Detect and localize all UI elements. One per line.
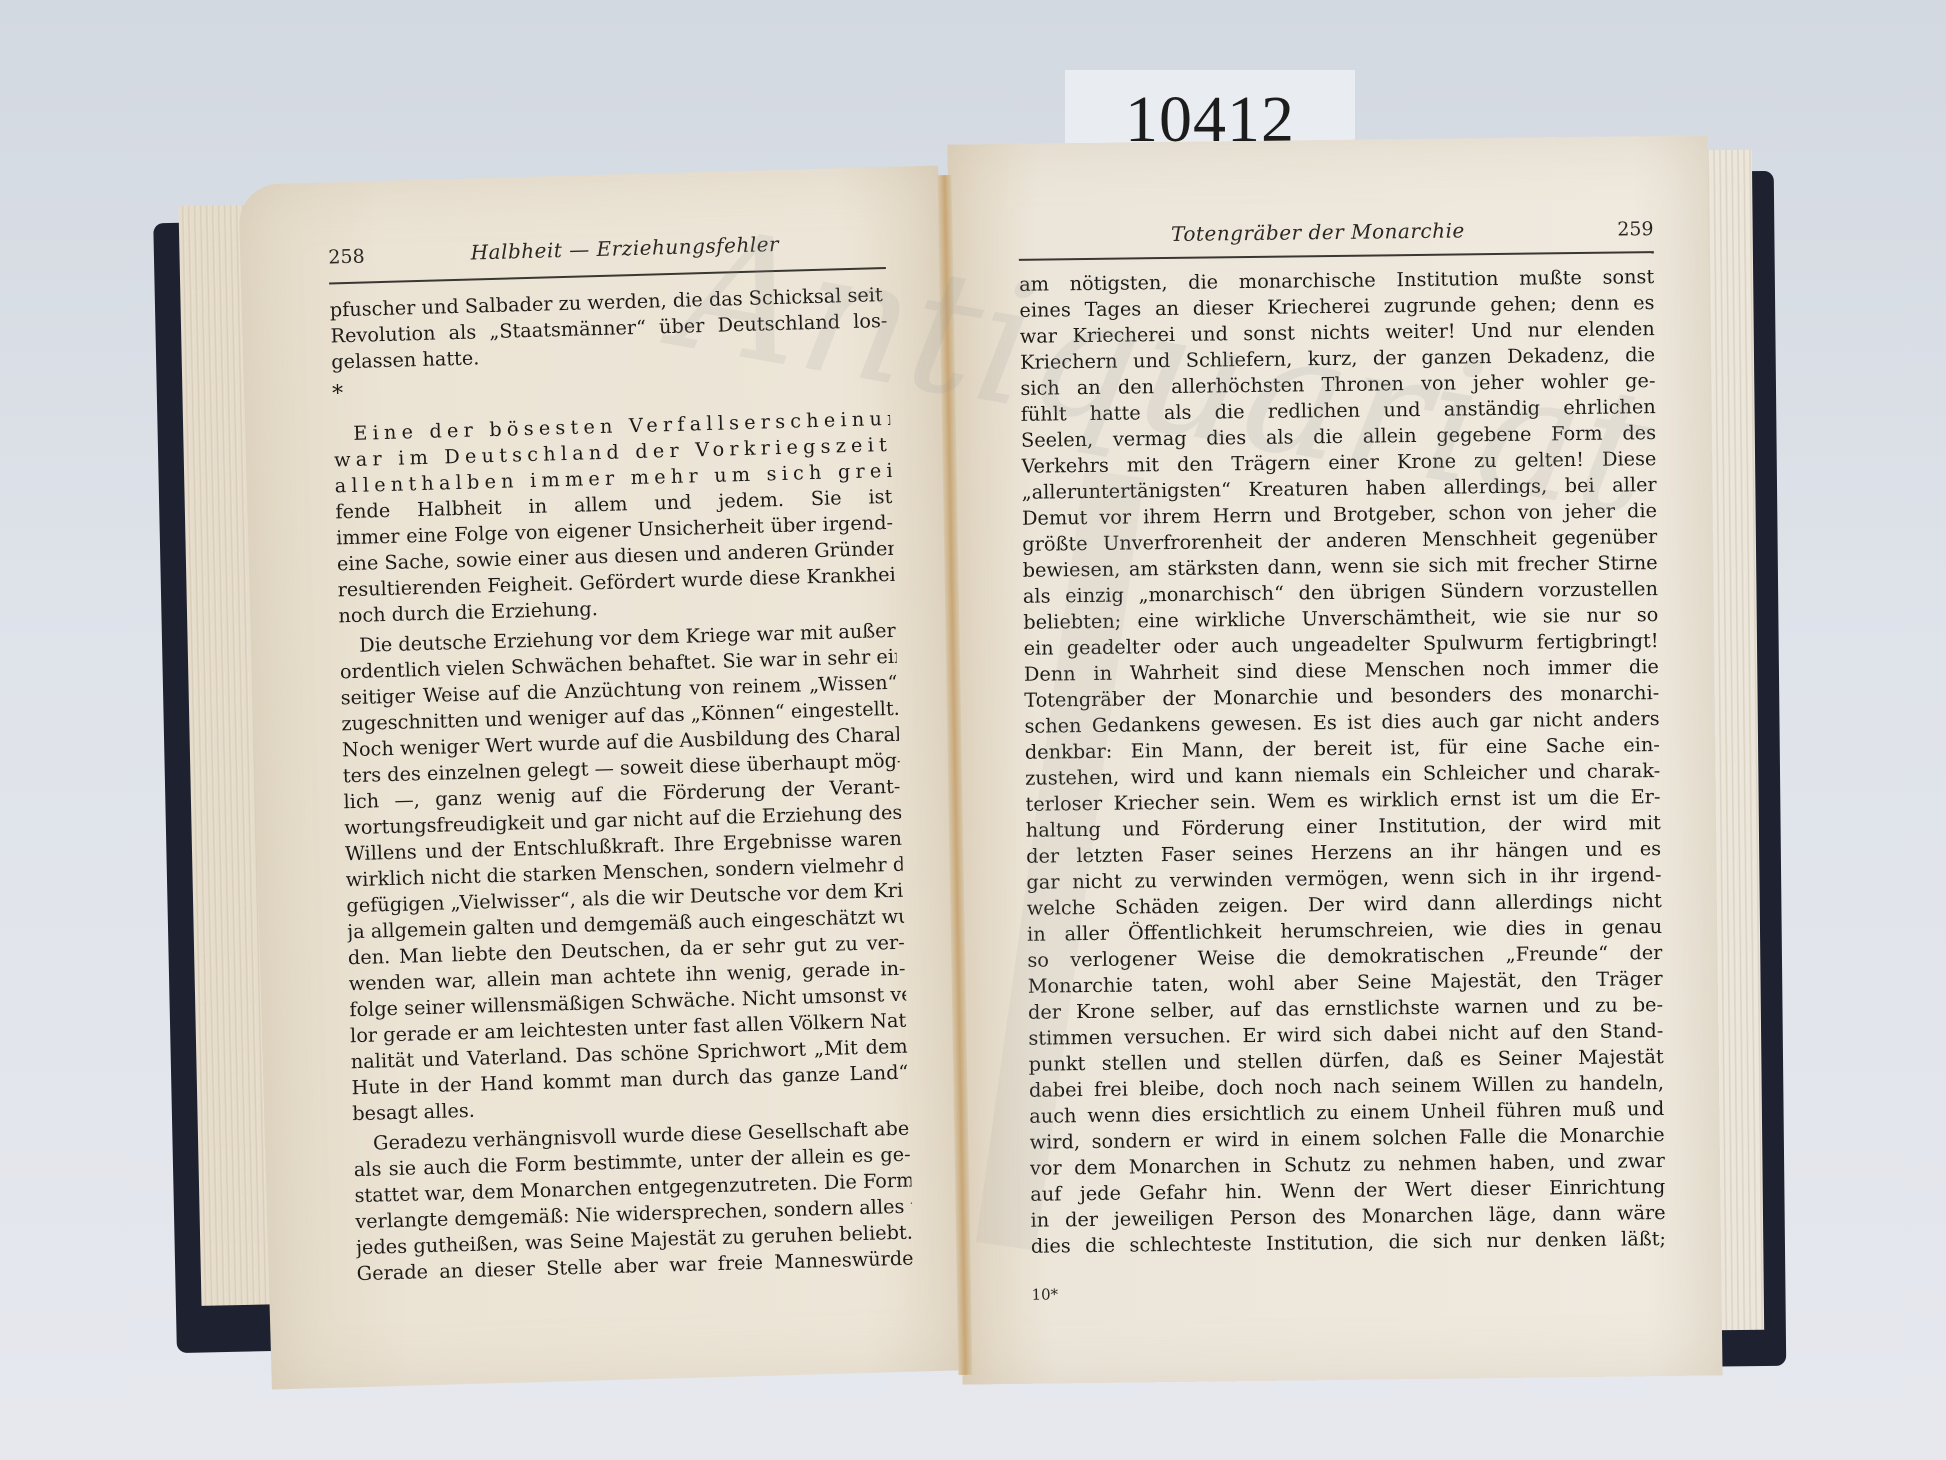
page-number: 258 <box>328 246 365 269</box>
left-page-body: pfuscher und Salbader zu werden, die das… <box>329 282 913 1287</box>
right-page-body: am nötigsten, die monarchische Instituti… <box>1019 264 1666 1260</box>
right-page-header: Totengräber der Monarchie 259 <box>948 215 1708 248</box>
running-title: Totengräber der Monarchie <box>1018 217 1617 248</box>
right-page: Totengräber der Monarchie 259 am nötigst… <box>947 135 1722 1384</box>
header-rule <box>1019 251 1654 261</box>
signature-mark: 10* <box>1031 1285 1058 1303</box>
page-number: 259 <box>1617 218 1654 240</box>
header-rule <box>329 267 886 285</box>
left-page: 258 Halbheit — Erziehungsfehler pfuscher… <box>238 165 971 1389</box>
left-page-header: 258 Halbheit — Erziehungsfehler <box>240 227 940 271</box>
running-title: Halbheit — Erziehungsfehler <box>364 229 885 268</box>
